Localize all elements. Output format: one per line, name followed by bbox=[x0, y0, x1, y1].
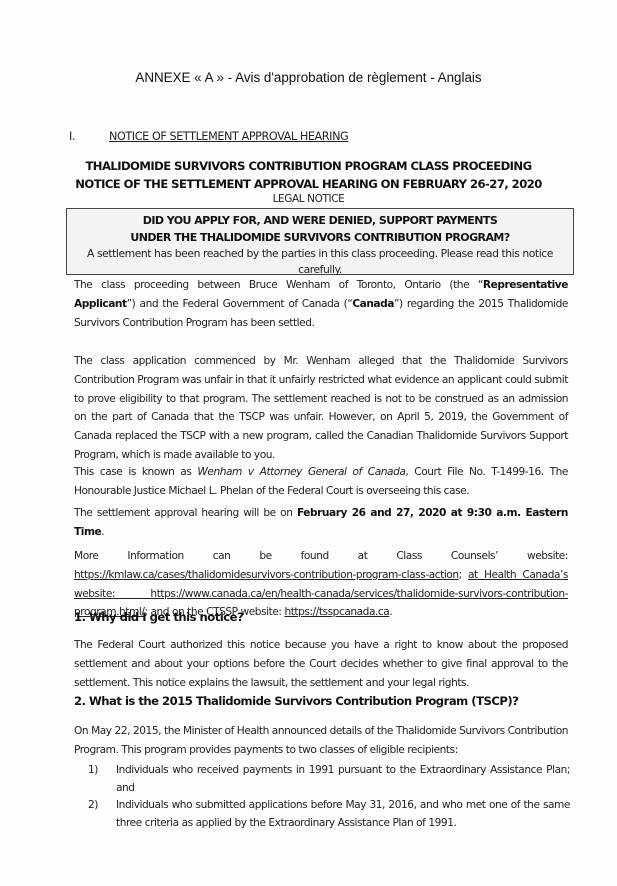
text: This case is known as bbox=[74, 466, 197, 478]
paragraph-settlement-intro: The class proceeding between Bruce Wenha… bbox=[74, 276, 568, 332]
list-text: Individuals who received payments in 199… bbox=[116, 762, 570, 797]
section-title: NOTICE OF SETTLEMENT APPROVAL HEARING bbox=[109, 130, 348, 143]
section-number: I. bbox=[69, 130, 109, 143]
legal-notice-label: LEGAL NOTICE bbox=[0, 193, 617, 205]
list-text: Individuals who submitted applications b… bbox=[116, 797, 570, 832]
paragraph-why-notice: The Federal Court authorized this notice… bbox=[74, 636, 568, 692]
heading-why-notice: 1. Why did I get this notice? bbox=[74, 610, 243, 624]
paragraph-hearing-date: The settlement approval hearing will be … bbox=[74, 504, 568, 542]
text: ”) and the Federal Government of Canada … bbox=[127, 298, 353, 310]
callout-question-line2: UNDER THE THALIDOMIDE SURVIVORS CONTRIBU… bbox=[67, 229, 573, 246]
defined-term: Canada bbox=[352, 298, 394, 310]
paragraph-case-name: This case is known as Wenham v Attorney … bbox=[74, 463, 568, 501]
case-name: Wenham v Attorney General of Canada bbox=[197, 466, 405, 478]
list-item: 2) Individuals who submitted application… bbox=[88, 797, 570, 832]
ctssp-link[interactable]: https://tsspcanada.ca bbox=[284, 606, 389, 618]
document-title-line1: THALIDOMIDE SURVIVORS CONTRIBUTION PROGR… bbox=[0, 159, 617, 173]
section-heading: I.NOTICE OF SETTLEMENT APPROVAL HEARING bbox=[69, 130, 348, 143]
document-title-line2: NOTICE OF THE SETTLEMENT APPROVAL HEARIN… bbox=[0, 177, 617, 191]
text: . bbox=[389, 606, 392, 618]
text: ; bbox=[459, 569, 468, 581]
list-number: 1) bbox=[88, 762, 116, 797]
text: More Information can be found at Class C… bbox=[74, 550, 568, 562]
text: . bbox=[101, 526, 104, 538]
list-item: 1) Individuals who received payments in … bbox=[88, 762, 570, 797]
kmlaw-link[interactable]: https://kmlaw.ca/cases/thalidomidesurviv… bbox=[74, 569, 459, 581]
callout-question-line1: DID YOU APPLY FOR, AND WERE DENIED, SUPP… bbox=[67, 212, 573, 229]
annexe-header: ANNEXE « A » - Avis d'approbation de règ… bbox=[0, 70, 617, 85]
callout-subtext: A settlement has been reached by the par… bbox=[67, 246, 573, 278]
text: The settlement approval hearing will be … bbox=[74, 507, 297, 519]
heading-what-is-tscp: 2. What is the 2015 Thalidomide Survivor… bbox=[74, 694, 518, 708]
paragraph-tscp: On May 22, 2015, the Minister of Health … bbox=[74, 722, 568, 760]
paragraph-class-application: The class application commenced by Mr. W… bbox=[74, 352, 568, 465]
text: The class proceeding between Bruce Wenha… bbox=[74, 279, 483, 291]
eligible-recipients-list: 1) Individuals who received payments in … bbox=[88, 762, 570, 832]
list-number: 2) bbox=[88, 797, 116, 832]
notice-callout-box: DID YOU APPLY FOR, AND WERE DENIED, SUPP… bbox=[66, 208, 574, 275]
